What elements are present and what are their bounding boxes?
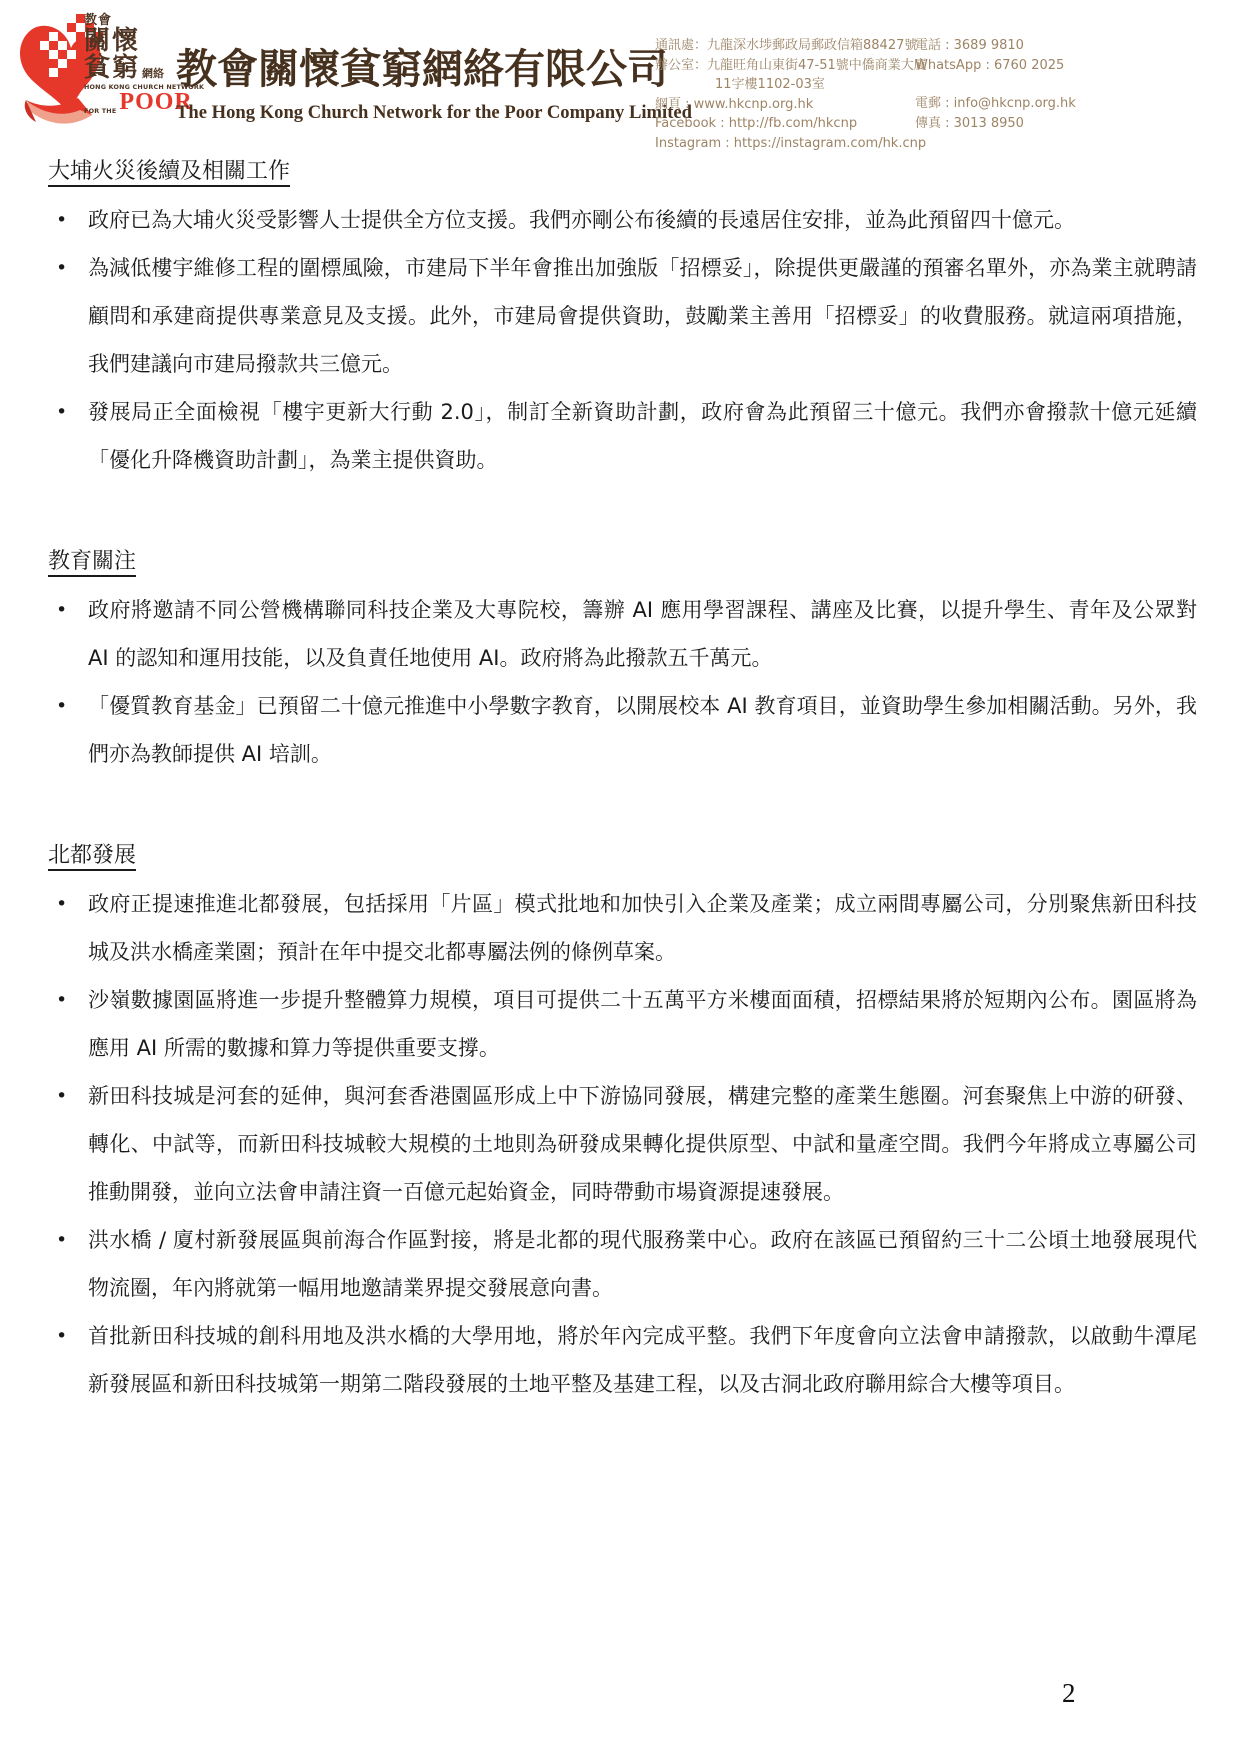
bullet-item: •沙嶺數據園區將進一步提升整體算力規模，項目可提供二十五萬平方米樓面面積，招標結… <box>48 976 1197 1072</box>
bullet-text: 新田科技城是河套的延伸，與河套香港園區形成上中下游協同發展，構建完整的產業生態圈… <box>88 1084 1197 1204</box>
bullet-marker: • <box>56 1312 67 1360</box>
bullet-text: 政府已為大埔火災受影響人士提供全方位支援。我們亦剛公布後續的長遠居住安排，並為此… <box>88 208 1075 232</box>
document-page: 教會 關懷 貧窮 網絡 HONG KONG CHURCH NETWORK FOR… <box>0 0 1241 1755</box>
bullet-text: 政府正提速推進北都發展，包括採用「片區」模式批地和加快引入企業及產業；成立兩間專… <box>88 892 1197 964</box>
letterhead: 教會 關懷 貧窮 網絡 HONG KONG CHURCH NETWORK FOR… <box>0 0 1241 138</box>
bullet-marker: • <box>56 880 67 928</box>
bullet-item: •洪水橋 / 廈村新發展區與前海合作區對接，將是北都的現代服務業中心。政府在該區… <box>48 1216 1197 1312</box>
section-heading-tai-po-fire: 大埔火災後續及相關工作 <box>48 148 1197 196</box>
contact-whatsapp: WhatsApp : 6760 2025 <box>915 56 1215 76</box>
section-education: 教育關注 •政府將邀請不同公營機構聯同科技企業及大專院校，籌辦 AI 應用學習課… <box>48 538 1197 778</box>
bullet-list: •政府正提速推進北都發展，包括採用「片區」模式批地和加快引入企業及產業；成立兩間… <box>48 880 1197 1408</box>
contact-phone: 電話 : 3689 9810 <box>915 36 1215 56</box>
bullet-list: •政府已為大埔火災受影響人士提供全方位支援。我們亦剛公布後續的長遠居住安排，並為… <box>48 196 1197 484</box>
contact-info-right: 電話 : 3689 9810 WhatsApp : 6760 2025 電郵 :… <box>915 36 1215 133</box>
bullet-marker: • <box>56 388 67 436</box>
page-number: 2 <box>1062 1678 1076 1709</box>
contact-email: 電郵 : info@hkcnp.org.hk <box>915 94 1215 114</box>
company-name-en: The Hong Kong Church Network for the Poo… <box>176 102 651 124</box>
bullet-item: •新田科技城是河套的延伸，與河套香港園區形成上中下游協同發展，構建完整的產業生態… <box>48 1072 1197 1216</box>
bullet-item: •為減低樓宇維修工程的圍標風險，市建局下半年會推出加強版「招標妥」，除提供更嚴謹… <box>48 244 1197 388</box>
bullet-marker: • <box>56 586 67 634</box>
bullet-marker: • <box>56 244 67 292</box>
contact-office-address: 辦公室：九龍旺角山東街47-51號中僑商業大廈 <box>655 56 915 76</box>
bullet-text: 洪水橋 / 廈村新發展區與前海合作區對接，將是北都的現代服務業中心。政府在該區已… <box>88 1228 1197 1300</box>
logo-en-line2: FOR THE <box>84 108 116 114</box>
section-tai-po-fire: 大埔火災後續及相關工作 •政府已為大埔火災受影響人士提供全方位支援。我們亦剛公布… <box>48 148 1197 484</box>
company-logo: 教會 關懷 貧窮 網絡 HONG KONG CHURCH NETWORK FOR… <box>14 12 176 136</box>
contact-info-left: 通訊處：九龍深水埗郵政局郵政信箱88427號 辦公室：九龍旺角山東街47-51號… <box>655 36 915 153</box>
section-northern-metropolis: 北都發展 •政府正提速推進北都發展，包括採用「片區」模式批地和加快引入企業及產業… <box>48 832 1197 1408</box>
contact-office-address-line2: 11字樓1102-03室 <box>655 75 915 95</box>
bullet-marker: • <box>56 196 67 244</box>
contact-instagram: Instagram : https://instagram.com/hk.cnp <box>655 134 915 154</box>
contact-mailing-address: 通訊處：九龍深水埗郵政局郵政信箱88427號 <box>655 36 915 56</box>
contact-fax: 傳真 : 3013 8950 <box>915 114 1215 134</box>
logo-zh-suffix: 網絡 <box>142 68 164 81</box>
bullet-item: •「優質教育基金」已預留二十億元推進中小學數字教育，以開展校本 AI 教育項目，… <box>48 682 1197 778</box>
section-heading-northern-metropolis: 北都發展 <box>48 832 1197 880</box>
bullet-marker: • <box>56 976 67 1024</box>
bullet-marker: • <box>56 1072 67 1120</box>
contact-facebook: Facebook : http://fb.com/hkcnp <box>655 114 915 134</box>
bullet-text: 沙嶺數據園區將進一步提升整體算力規模，項目可提供二十五萬平方米樓面面積，招標結果… <box>88 988 1197 1060</box>
bullet-item: •政府已為大埔火災受影響人士提供全方位支援。我們亦剛公布後續的長遠居住安排，並為… <box>48 196 1197 244</box>
bullet-text: 為減低樓宇維修工程的圍標風險，市建局下半年會推出加強版「招標妥」，除提供更嚴謹的… <box>88 256 1197 376</box>
bullet-marker: • <box>56 1216 67 1264</box>
logo-zh-line2: 貧窮 <box>84 55 140 81</box>
section-heading-education: 教育關注 <box>48 538 1197 586</box>
company-title-block: 教會關懷貧窮網絡有限公司 The Hong Kong Church Networ… <box>176 36 651 124</box>
bullet-item: •政府正提速推進北都發展，包括採用「片區」模式批地和加快引入企業及產業；成立兩間… <box>48 880 1197 976</box>
bullet-item: •政府將邀請不同公營機構聯同科技企業及大專院校，籌辦 AI 應用學習課程、講座及… <box>48 586 1197 682</box>
bullet-text: 首批新田科技城的創科用地及洪水橋的大學用地，將於年內完成平整。我們下年度會向立法… <box>88 1324 1197 1396</box>
logo-wordmark: 教會 關懷 貧窮 網絡 HONG KONG CHURCH NETWORK FOR… <box>84 14 176 114</box>
bullet-marker: • <box>56 682 67 730</box>
contact-website: 網頁 : www.hkcnp.org.hk <box>655 95 915 115</box>
bullet-text: 發展局正全面檢視「樓宇更新大行動 2.0」，制訂全新資助計劃，政府會為此預留三十… <box>88 400 1197 472</box>
company-name-zh: 教會關懷貧窮網絡有限公司 <box>176 36 651 95</box>
logo-zh-line1: 關懷 <box>84 28 176 54</box>
bullet-list: •政府將邀請不同公營機構聯同科技企業及大專院校，籌辦 AI 應用學習課程、講座及… <box>48 586 1197 778</box>
bullet-item: •首批新田科技城的創科用地及洪水橋的大學用地，將於年內完成平整。我們下年度會向立… <box>48 1312 1197 1408</box>
bullet-item: •發展局正全面檢視「樓宇更新大行動 2.0」，制訂全新資助計劃，政府會為此預留三… <box>48 388 1197 484</box>
bullet-text: 政府將邀請不同公營機構聯同科技企業及大專院校，籌辦 AI 應用學習課程、講座及比… <box>88 598 1197 670</box>
bullet-text: 「優質教育基金」已預留二十億元推進中小學數字教育，以開展校本 AI 教育項目，並… <box>88 694 1197 766</box>
document-body: 大埔火災後續及相關工作 •政府已為大埔火災受影響人士提供全方位支援。我們亦剛公布… <box>0 138 1241 1408</box>
